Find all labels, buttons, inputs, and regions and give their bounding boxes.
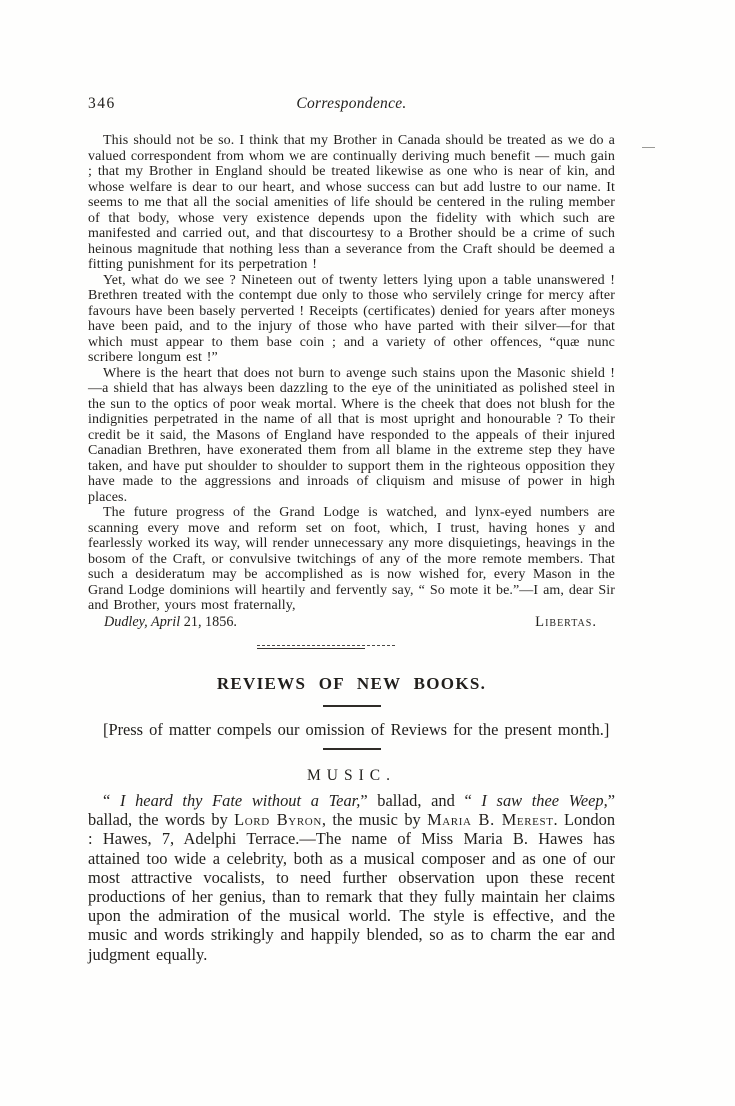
reviews-section-heading: REVIEWS OF NEW BOOKS.	[88, 675, 615, 693]
short-rule-under-heading	[323, 705, 381, 707]
music-review-paragraph: “ I heard thy Fate without a Tear,” ball…	[88, 791, 615, 964]
music-section-heading: MUSIC.	[88, 767, 615, 784]
section-separator-rule	[257, 645, 395, 649]
letter-dateline-row: Dudley, April 21, 1856. Libertas.	[88, 614, 615, 630]
letter-dateline: Dudley, April 21, 1856.	[88, 614, 237, 630]
letter-paragraph-1: This should not be so. I think that my B…	[88, 133, 615, 273]
letter-paragraph-4: The future progress of the Grand Lodge i…	[88, 505, 615, 614]
separator-solid-line	[257, 648, 365, 649]
letter-body: This should not be so. I think that my B…	[88, 133, 615, 630]
reviews-omission-notice: [Press of matter compels our omission of…	[88, 720, 615, 739]
running-title: Correspondence.	[88, 95, 615, 113]
letter-paragraph-2: Yet, what do we see ? Nineteen out of tw…	[88, 273, 615, 366]
page-header: 346 Correspondence.	[88, 95, 615, 114]
letter-paragraph-3: Where is the heart that does not burn to…	[88, 366, 615, 506]
letter-signature: Libertas.	[535, 614, 615, 630]
margin-artifact-mark	[642, 147, 655, 148]
scanned-book-page: 346 Correspondence. This should not be s…	[0, 0, 735, 1106]
short-rule-above-music	[323, 748, 381, 750]
